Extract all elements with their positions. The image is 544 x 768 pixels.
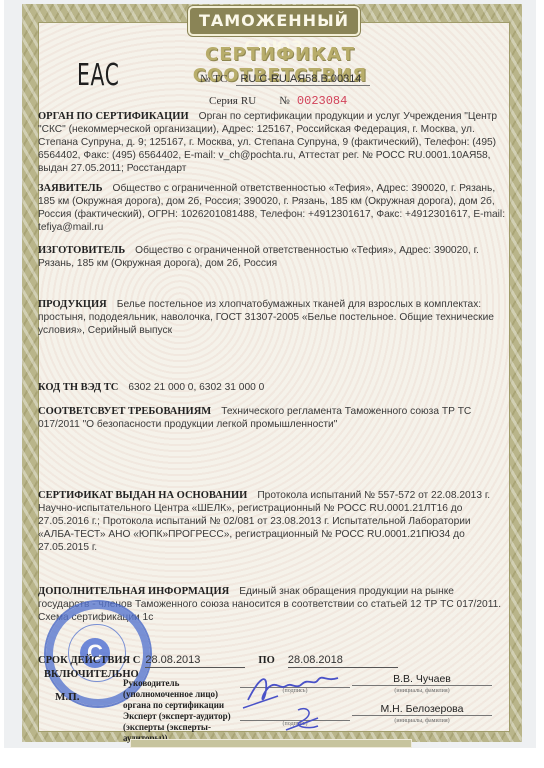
head-name: В.В. Чучаев [352, 673, 492, 686]
form-number-label: № [279, 95, 290, 107]
section-conforms: СООТВЕТСВУЕТ ТРЕБОВАНИЯМТехнического рег… [38, 405, 508, 431]
section-label: ПРОДУКЦИЯ [38, 299, 107, 310]
banner-customs-union: ТАМОЖЕННЫЙ СОЮЗ [188, 6, 360, 36]
section-label: ЗАЯВИТЕЛЬ [38, 183, 103, 194]
section-issued-basis: СЕРТИФИКАТ ВЫДАН НА ОСНОВАНИИПротокола и… [38, 489, 508, 554]
section-label: ОРГАН ПО СЕРТИФИКАЦИИ [38, 111, 189, 122]
name-caption: (инициалы, фамилия) [352, 718, 492, 724]
section-label: ИЗГОТОВИТЕЛЬ [38, 245, 125, 256]
series-label: Серия [209, 95, 238, 107]
seal-label: М.П. [55, 691, 79, 703]
section-text: 6302 21 000 0, 6302 31 000 0 [128, 382, 264, 393]
section-label: СЕРТИФИКАТ ВЫДАН НА ОСНОВАНИИ [38, 490, 247, 501]
section-certification-body: ОРГАН ПО СЕРТИФИКАЦИИОрган по сертификац… [38, 110, 508, 175]
form-number: № 0023084 [279, 94, 347, 108]
section-text: Общество с ограниченной ответственностью… [38, 183, 505, 233]
section-applicant: ЗАЯВИТЕЛЬОбщество с ограниченной ответст… [38, 182, 508, 234]
section-product: ПРОДУКЦИЯБелье постельное из хлопчатобум… [38, 298, 508, 337]
section-label: КОД ТН ВЭД ТС [38, 382, 118, 393]
section-manufacturer: ИЗГОТОВИТЕЛЬОбщество с ограниченной отве… [38, 244, 508, 270]
section-label: ДОПОЛНИТЕЛЬНАЯ ИНФОРМАЦИЯ [38, 586, 229, 597]
certificate-number-label: № ТС [200, 73, 227, 85]
head-label: Руководитель (уполномоченное лицо) орган… [123, 678, 243, 711]
handwritten-signature-icon [238, 660, 348, 740]
certificate-number-row: № ТС RU C-RU.АЯ58.В.00314 [200, 73, 370, 86]
expert-name: М.Н. Белозерова [352, 703, 492, 716]
validity-from-label: СРОК ДЕЙСТВИЯ С [38, 655, 140, 666]
eac-mark-icon: EAC [77, 58, 120, 93]
certificate-number: RU C-RU.АЯ58.В.00314 [236, 73, 370, 86]
series-row: Серия RU № 0023084 [209, 94, 347, 108]
section-label: СООТВЕТСВУЕТ ТРЕБОВАНИЯМ [38, 406, 211, 417]
form-number-value: 0023084 [297, 94, 347, 108]
expert-label-line-1: Эксперт (эксперт-аудитор) [123, 711, 243, 722]
printer-imprint-strip [130, 739, 412, 748]
name-caption: (инициалы, фамилия) [352, 688, 492, 694]
series-value: RU [241, 95, 256, 107]
validity-from-date: 28.08.2013 [145, 654, 245, 668]
section-hs-code: КОД ТН ВЭД ТС6302 21 000 0, 6302 31 000 … [38, 381, 508, 394]
